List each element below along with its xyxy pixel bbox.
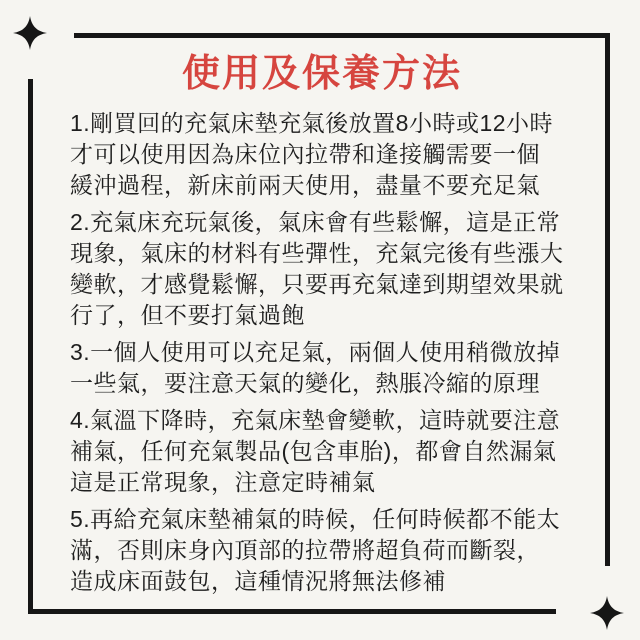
instruction-item-3: 3.一個人使用可以充足氣，兩個人使用稍微放掉 一些氣，要注意天氣的變化，熱脹冷縮… — [70, 337, 574, 399]
page-title: 使用及保養方法 — [70, 50, 574, 98]
content-area: 使用及保養方法 1.剛買回的充氣床墊充氣後放置8小時或12小時 才可以使用因為床… — [28, 33, 610, 614]
instruction-item-4: 4.氣溫下降時，充氣床墊會變軟，這時就要注意 補氣，任何充氣製品(包含車胎)，都… — [70, 405, 574, 498]
instruction-item-5: 5.再給充氣床墊補氣的時候，任何時候都不能太 滿，否則床身內頂部的拉帶將超負荷而… — [70, 504, 574, 597]
instruction-item-2: 2.充氣床充玩氣後，氣床會有些鬆懈，這是正常 現象，氣床的材料有些彈性，充氣完後… — [70, 207, 574, 331]
instruction-card: 使用及保養方法 1.剛買回的充氣床墊充氣後放置8小時或12小時 才可以使用因為床… — [0, 0, 640, 640]
instruction-item-1: 1.剛買回的充氣床墊充氣後放置8小時或12小時 才可以使用因為床位內拉帶和逢接觸… — [70, 108, 574, 201]
